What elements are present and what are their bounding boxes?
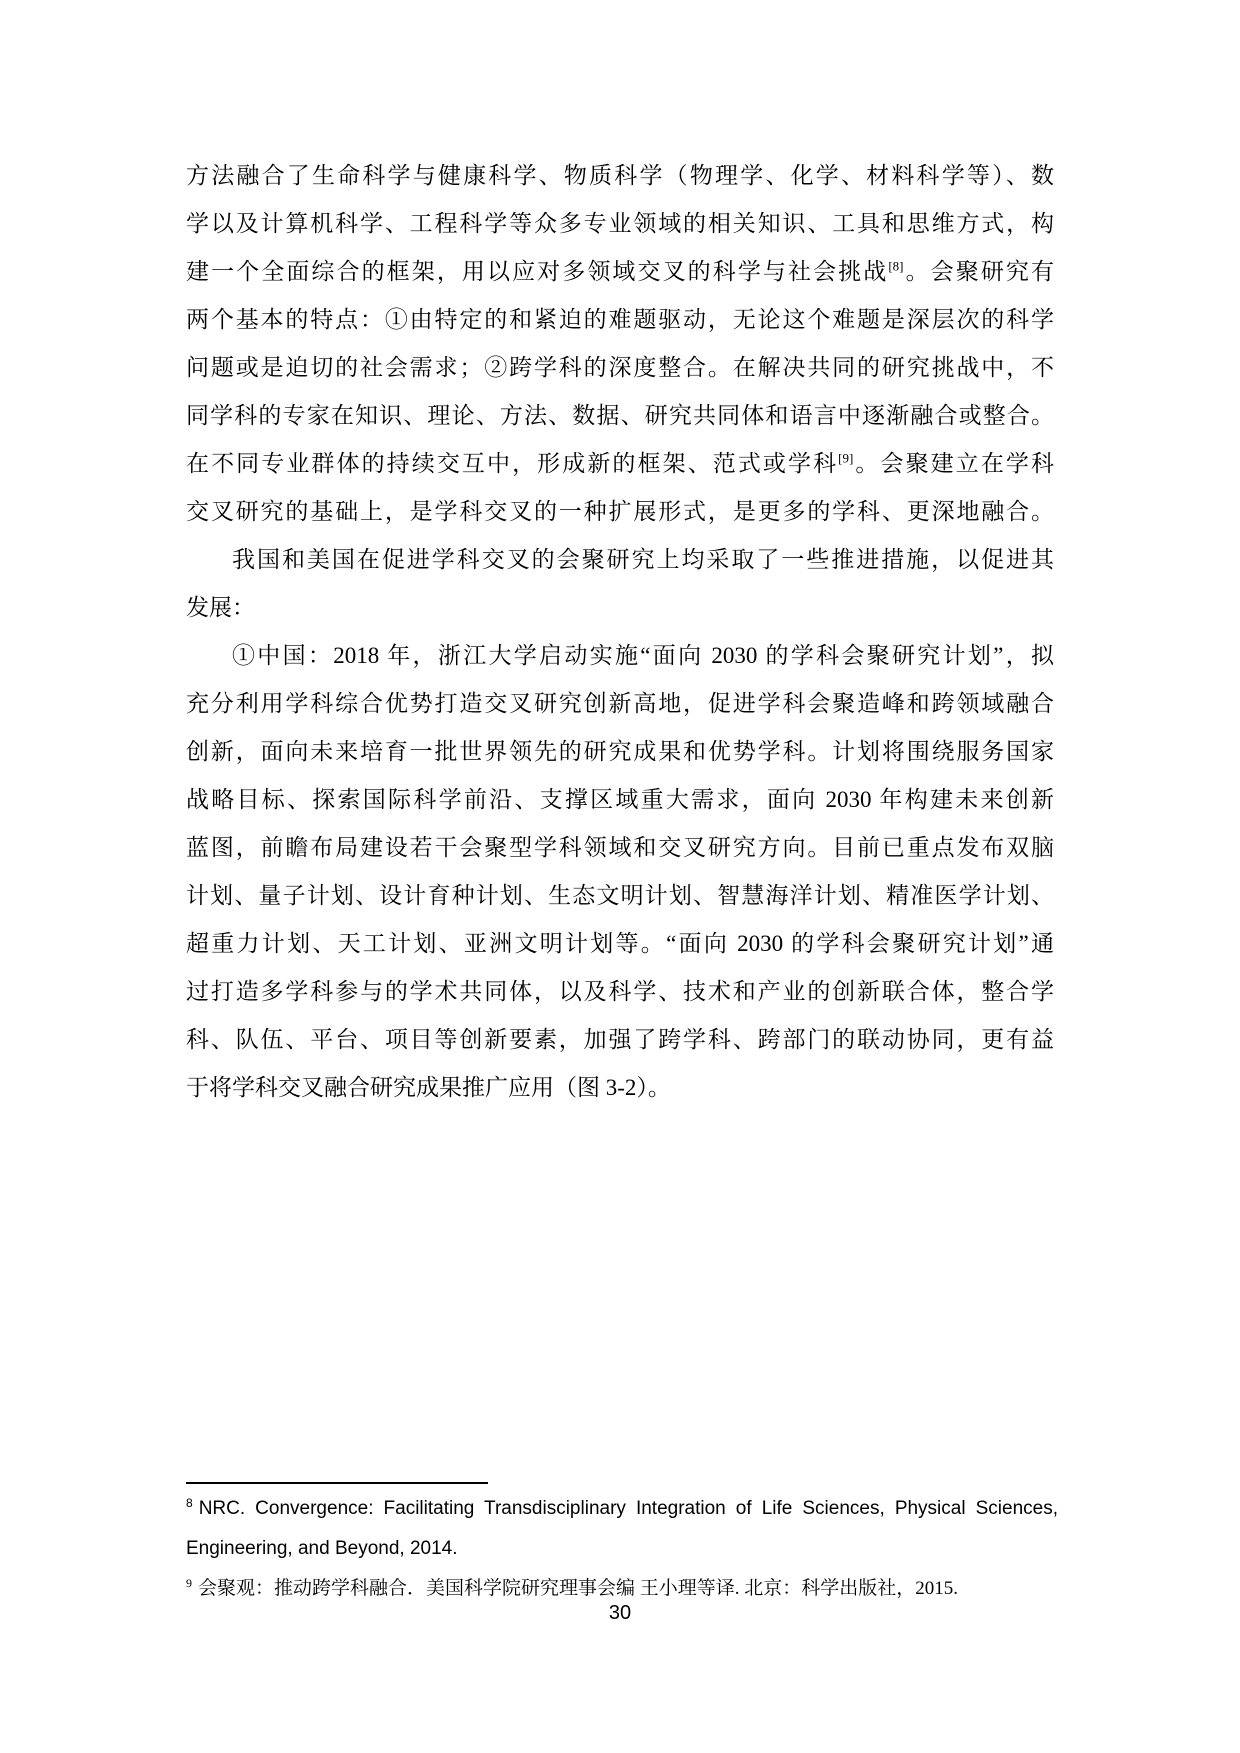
body-text-block: 方法融合了生命科学与健康科学、物质科学（物理学、化学、材料科学等）、数 学以及计… <box>186 152 1054 1112</box>
text-line: 交叉研究的基础上，是学科交叉的一种扩展形式，是更多的学科、更深地融合。 <box>186 488 1054 536</box>
text-segment: 。会聚建立在学科 <box>853 451 1054 476</box>
text-line: 学以及计算机科学、工程科学等众多专业领域的相关知识、工具和思维方式，构 <box>186 200 1054 248</box>
footnote-ref-8: [8] <box>888 258 903 273</box>
footnote-separator <box>186 1482 488 1484</box>
page-number: 30 <box>0 1602 1240 1625</box>
text-line: 计划、量子计划、设计育种计划、生态文明计划、智慧海洋计划、精准医学计划、 <box>186 872 1054 920</box>
text-segment: 建一个全面综合的框架，用以应对多领域交叉的科学与社会挑战 <box>186 259 888 284</box>
footnote-text: 会聚观：推动跨学科融合．美国科学院研究理事会编 王小理等译. 北京：科学出版社，… <box>198 1578 958 1599</box>
text-line: 发展： <box>186 584 1054 632</box>
footnote-text: NRC. Convergence: Facilitating Transdisc… <box>186 1498 1058 1559</box>
text-line: 方法融合了生命科学与健康科学、物质科学（物理学、化学、材料科学等）、数 <box>186 152 1054 200</box>
text-line: 两个基本的特点：①由特定的和紧迫的难题驱动，无论这个难题是深层次的科学 <box>186 296 1054 344</box>
text-line: 蓝图，前瞻布局建设若干会聚型学科领域和交叉研究方向。目前已重点发布双脑 <box>186 824 1054 872</box>
document-page: 方法融合了生命科学与健康科学、物质科学（物理学、化学、材料科学等）、数 学以及计… <box>0 0 1240 1753</box>
text-line: 我国和美国在促进学科交叉的会聚研究上均采取了一些推进措施，以促进其 <box>186 536 1054 584</box>
text-line: 科、队伍、平台、项目等创新要素，加强了跨学科、跨部门的联动协同，更有益 <box>186 1016 1054 1064</box>
text-segment: 。会聚研究有 <box>904 259 1055 284</box>
text-segment: 在不同专业群体的持续交互中，形成新的框架、范式或学科 <box>186 451 838 476</box>
text-line: 战略目标、探索国际科学前沿、支撑区域重大需求，面向 2030 年构建未来创新 <box>186 776 1054 824</box>
footnote-ref-9: [9] <box>838 450 853 465</box>
footnote-8: 8NRC. Convergence: Facilitating Transdis… <box>186 1489 1058 1569</box>
text-line: 建一个全面综合的框架，用以应对多领域交叉的科学与社会挑战[8]。会聚研究有 <box>186 248 1054 296</box>
text-line: 过打造多学科参与的学术共同体，以及科学、技术和产业的创新联合体，整合学 <box>186 968 1054 1016</box>
text-line: 于将学科交叉融合研究成果推广应用（图 3-2）。 <box>186 1064 1054 1112</box>
text-line: ①中国：2018 年，浙江大学启动实施“面向 2030 的学科会聚研究计划”，拟 <box>186 632 1054 680</box>
text-line: 充分利用学科综合优势打造交叉研究创新高地，促进学科会聚造峰和跨领域融合 <box>186 680 1054 728</box>
footnote-area: 8NRC. Convergence: Facilitating Transdis… <box>186 1482 1058 1609</box>
text-line: 在不同专业群体的持续交互中，形成新的框架、范式或学科[9]。会聚建立在学科 <box>186 440 1054 488</box>
text-line: 问题或是迫切的社会需求；②跨学科的深度整合。在解决共同的研究挑战中，不 <box>186 344 1054 392</box>
footnote-marker-8: 8 <box>186 1496 199 1510</box>
text-line: 超重力计划、天工计划、亚洲文明计划等。“面向 2030 的学科会聚研究计划”通 <box>186 920 1054 968</box>
text-line: 创新，面向未来培育一批世界领先的研究成果和优势学科。计划将围绕服务国家 <box>186 728 1054 776</box>
text-line: 同学科的专家在知识、理论、方法、数据、研究共同体和语言中逐渐融合或整合。 <box>186 392 1054 440</box>
footnote-marker-9: 9 <box>186 1576 198 1590</box>
